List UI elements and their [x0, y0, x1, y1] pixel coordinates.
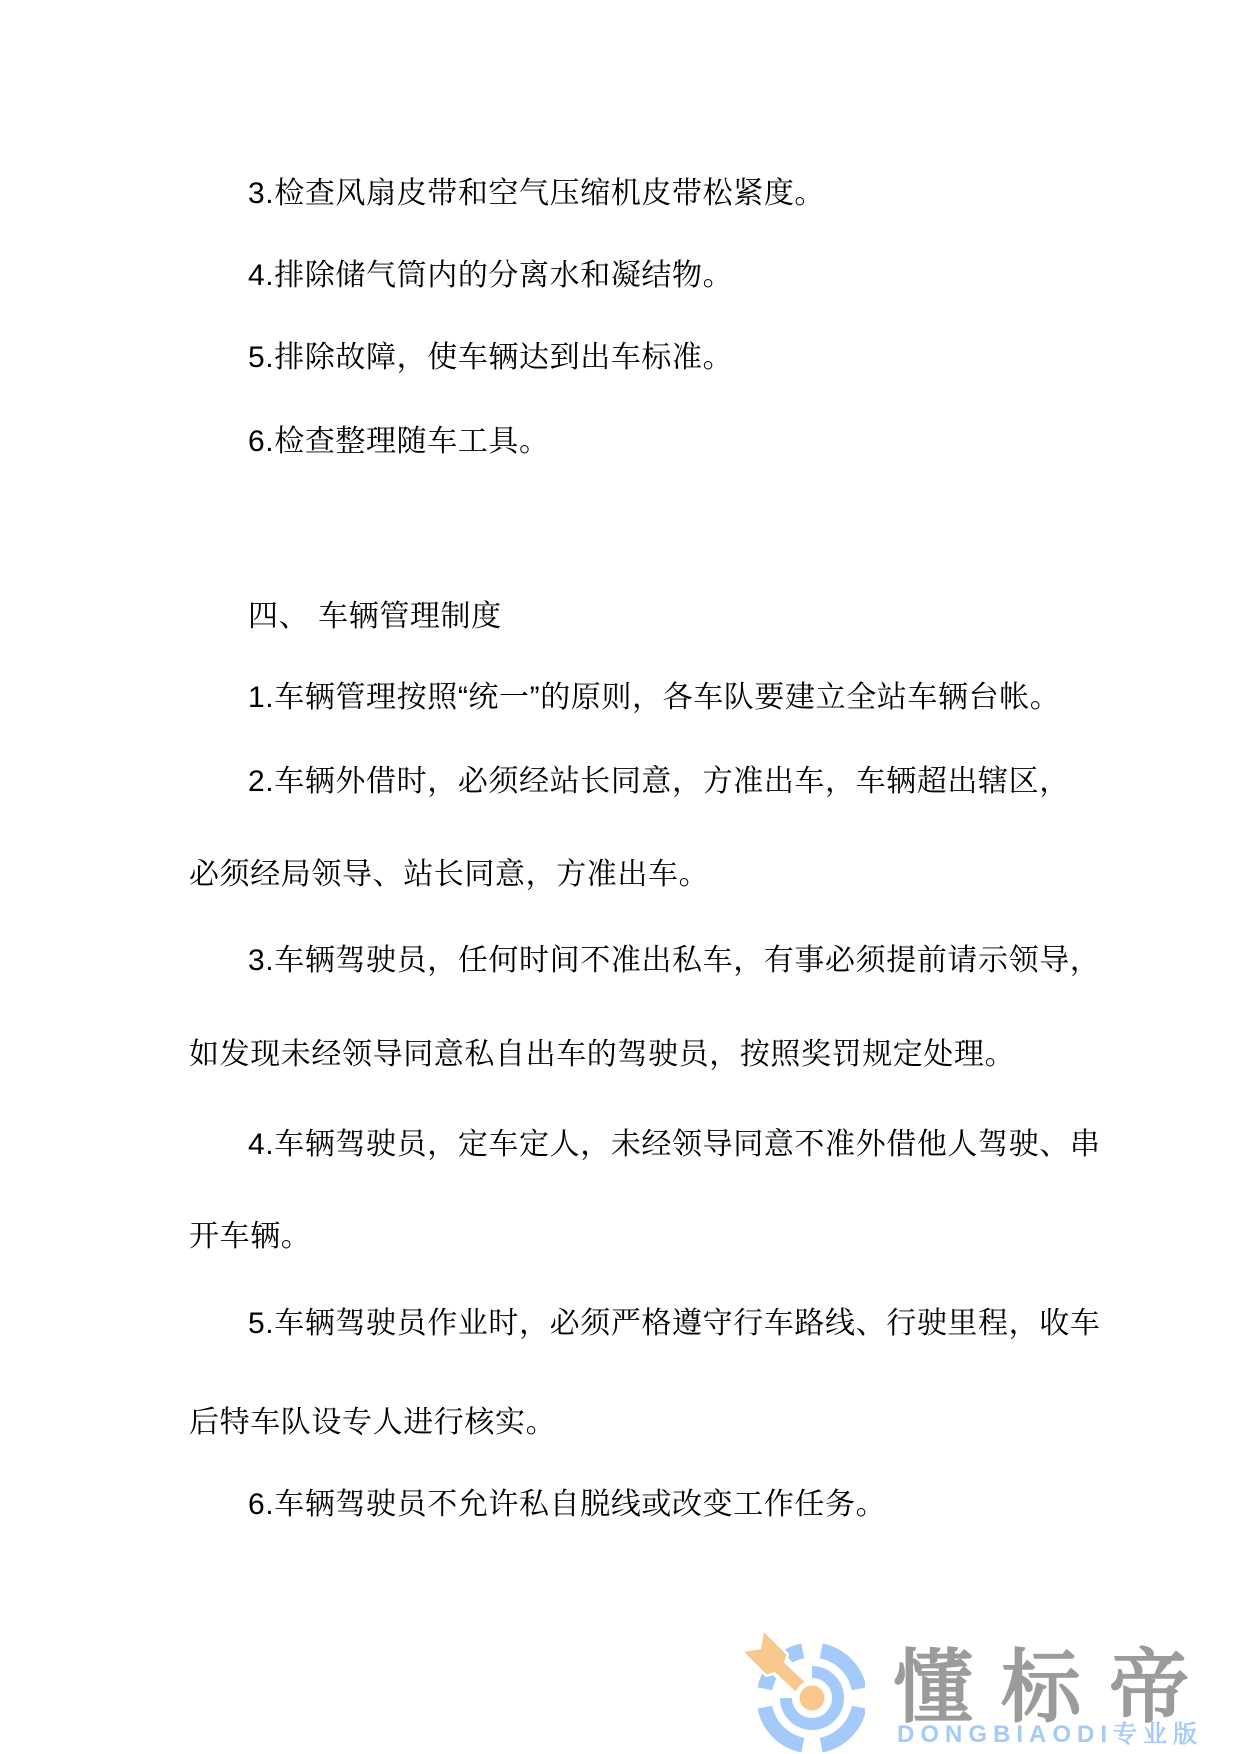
- document-page: 3.检查风扇皮带和空气压缩机皮带松紧度。 4.排除储气筒内的分离水和凝结物。 5…: [0, 0, 1241, 1754]
- brand-watermark: 懂标帝 DONGBIAODI专业版: [735, 1625, 1241, 1754]
- doc-line: 3.车辆驾驶员，任何时间不准出私车，有事必须提前请示领导，: [248, 944, 1100, 979]
- doc-line: 1.车辆管理按照“统一”的原则，各车队要建立全站车辆台帐。: [248, 681, 1060, 716]
- doc-line: 5.排除故障，使车辆达到出车标准。: [248, 341, 733, 376]
- doc-line: 4.排除储气筒内的分离水和凝结物。: [248, 259, 733, 294]
- doc-line: 5.车辆驾驶员作业时，必须严格遵守行车路线、行驶里程，收车: [248, 1307, 1100, 1342]
- doc-line: 6.车辆驾驶员不允许私自脱线或改变工作任务。: [248, 1488, 886, 1523]
- doc-line: 开车辆。: [189, 1220, 311, 1255]
- brand-edition: 专业版: [1113, 1721, 1203, 1748]
- doc-line: 如发现未经领导同意私自出车的驾驶员，按照奖罚规定处理。: [189, 1038, 1015, 1073]
- doc-line: 后特车队设专人进行核实。: [189, 1406, 556, 1441]
- doc-line: 6.检查整理随车工具。: [248, 425, 550, 460]
- brand-name-en: DONGBIAODI: [897, 1721, 1113, 1748]
- target-center-dot: [797, 1683, 827, 1713]
- doc-line: 2.车辆外借时，必须经站长同意，方准出车，车辆超出辖区，: [248, 765, 1070, 800]
- brand-name-cn: 懂标帝: [893, 1648, 1217, 1728]
- target-dart-icon: [735, 1625, 865, 1754]
- doc-section-heading: 四、 车辆管理制度: [248, 600, 502, 635]
- brand-subtitle: DONGBIAODI专业版: [897, 1722, 1203, 1748]
- doc-line: 4.车辆驾驶员，定车定人，未经领导同意不准外借他人驾驶、串: [248, 1128, 1100, 1163]
- doc-line: 3.检查风扇皮带和空气压缩机皮带松紧度。: [248, 177, 825, 212]
- doc-line: 必须经局领导、站长同意，方准出车。: [189, 858, 709, 893]
